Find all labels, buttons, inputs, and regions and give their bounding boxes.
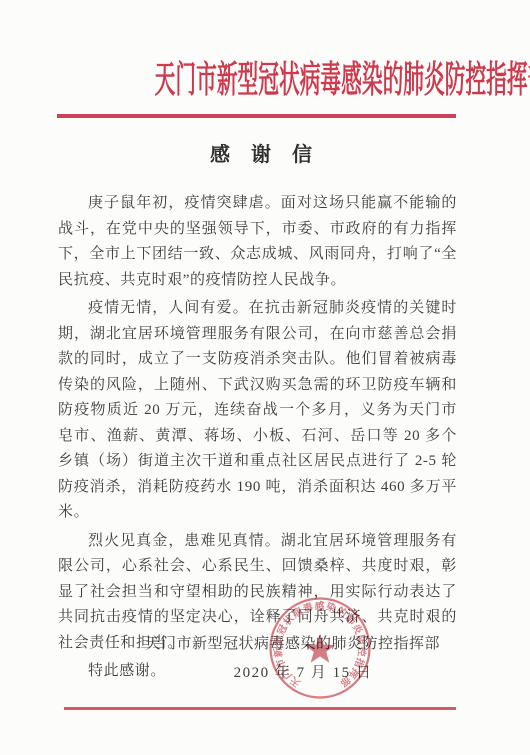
scanned-letter-page: 天门市新型冠状病毒感染的肺炎防控指挥部 感 谢 信 庚子鼠年初，疫情突肆虐。面对… xyxy=(0,0,530,755)
footer-divider xyxy=(64,707,456,710)
letterhead-title-text: 天门市新型冠状病毒感染的肺炎防控指挥部 xyxy=(155,62,530,101)
seal-star-icon xyxy=(305,634,335,663)
letterhead-divider xyxy=(57,114,456,118)
letter-title: 感 谢 信 xyxy=(0,138,530,167)
letterhead-title: 天门市新型冠状病毒感染的肺炎防控指挥部 xyxy=(0,62,530,101)
paragraph-opening: 庚子鼠年初，疫情突肆虐。面对这场只能赢不能输的战斗，在党中央的坚强领导下，市委、… xyxy=(58,191,457,293)
official-seal-stamp: 天门市新型冠状病毒感染的肺炎防控指挥部 xyxy=(264,592,376,704)
letter-body: 庚子鼠年初，疫情突肆虐。面对这场只能赢不能输的战斗，在党中央的坚强领导下，市委、… xyxy=(58,191,457,688)
paragraph-company-contribution: 疫情无情，人间有爱。在抗击新冠肺炎疫情的关键时期，湖北宜居环境管理服务有限公司，… xyxy=(58,296,457,526)
signature-organization: 天门市新型冠状病毒感染的肺炎防控指挥部 xyxy=(58,632,457,653)
